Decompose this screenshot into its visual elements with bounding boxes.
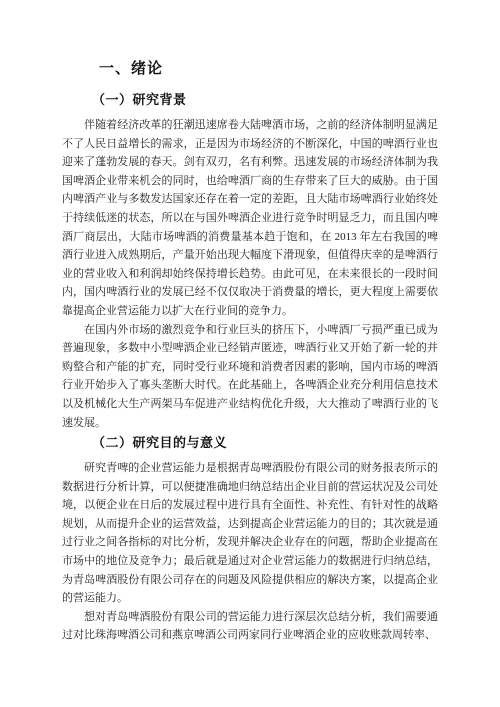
section-2-heading: （二）研究目的与意义 xyxy=(92,434,438,452)
section-1-paragraph-1: 伴随着经济改革的狂潮迅速席卷大陆啤酒市场，之前的经济体制明显满足不了人民日益增长… xyxy=(62,116,438,321)
section-2-paragraph-2: 想对青岛啤酒股份有限公司的营运能力进行深层次总结分析，我们需要通过对比珠海啤酒公… xyxy=(62,608,438,645)
section-2-paragraph-1: 研究青啤的企业营运能力是根据青岛啤酒股份有限公司的财务报表所示的数据进行分析计算… xyxy=(62,459,438,608)
section-1-paragraph-2: 在国内外市场的激烈竞争和行业巨头的挤压下，小啤酒厂亏损严重已成为普遍现象，多数中… xyxy=(62,321,438,433)
document-page: 一、绪论 （一）研究背景 伴随着经济改革的狂潮迅速席卷大陆啤酒市场，之前的经济体… xyxy=(0,0,500,707)
section-1-heading: （一）研究背景 xyxy=(92,91,438,109)
chapter-title: 一、绪论 xyxy=(99,59,438,79)
